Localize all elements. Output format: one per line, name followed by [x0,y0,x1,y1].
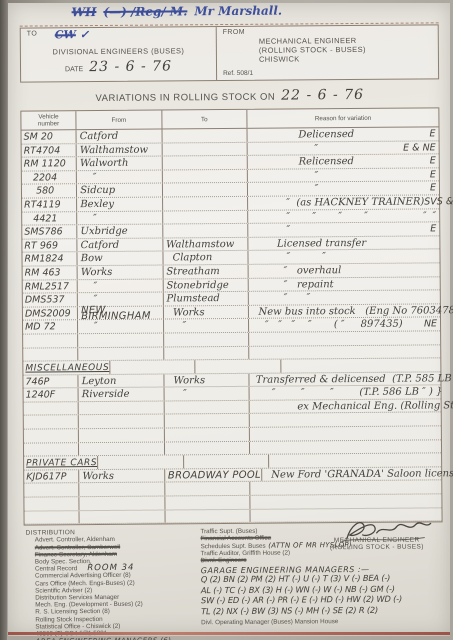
variations-table: Vehiclenumber From To Reason for variati… [20,107,442,525]
from-cell-value [97,456,183,469]
to-cell-value [163,401,249,414]
to-cell-value [195,360,281,373]
status-code: E [429,127,435,140]
vehicle-number-cell: SMS786 [22,225,76,238]
vehicle-number-cell: 746P [23,375,77,388]
from-cell-value: Riverside [78,388,164,401]
to-cell-value [161,142,247,155]
from-cell-value [109,360,195,373]
to-cell-value [163,346,249,359]
date-label: DATE [65,66,83,73]
reason-cell: ″ ″ ″ ″ ( ″ 897435)NE [248,318,440,332]
footer: DISTRIBUTION Advert. Controller, Aldenha… [24,527,444,640]
reason-text: ″ ″ [252,250,437,264]
page-content: WH(—) /Reg/ M.Mr Marshall. TO CW✓ DIVISI… [6,1,453,637]
from-cell-value: ″ [77,320,163,333]
scanned-document: WH(—) /Reg/ M.Mr Marshall. TO CW✓ DIVISI… [0,0,453,640]
reason-text: ″ ″ ″ (T.P. 586 LB ″ ) } [253,386,443,400]
from-cell-value: Walthamstow [76,143,162,156]
vehicle-number-cell: RM1824 [22,253,76,266]
to-cell-value [164,482,250,495]
recipient-line-text: Divnl. Engineers [201,557,247,564]
reason-text: ″ [251,168,430,182]
to-cell-value [162,170,248,183]
reason-cell: RelicensedE [247,155,439,169]
vehicle-number-cell [23,348,77,361]
from-cell-value: Leyton [78,374,164,387]
vehicle-number-cell [24,402,78,415]
to-scribble: CW✓ [55,28,93,41]
garage-codes: Q (2) BN (2) PM (2) HT (-) U (-) T (3) V… [201,573,444,617]
reason-cell: ″ ″ [248,250,440,264]
reason-cell [249,413,441,427]
vehicle-number-cell: MISCELLANEOUS [23,361,109,374]
to-cell: TO CW✓ DIVISIONAL ENGINEERS (BUSES) DATE… [21,27,217,82]
vehicle-number-cell: PRIVATE CARS [24,456,97,469]
status-code: NE [424,318,437,331]
from-cell-value [79,497,165,510]
to-cell-value [164,442,250,455]
reason-text: ″ repaint [252,277,437,291]
vehicle-number-cell: 1240F [24,388,78,401]
reason-cell [280,358,440,372]
reason-text: ″ [251,141,403,155]
vehicle-number-cell [24,484,78,497]
from-cell-value: Walworth [76,157,162,170]
to-cell-value: Stonebridge [162,278,248,291]
variations-table-body: SM 20Catford DelicensedERT4704Walthamsto… [22,127,442,524]
reason-text: Relicensed [251,155,430,169]
title-text: VARIATIONS IN ROLLING STOCK ON [95,92,275,104]
from-line: CHISWICK [259,53,432,63]
reason-text: New bus into stock (Eng No 7603478) [252,304,453,318]
signatory-subtitle: (ROLLING STOCK - BUSES) [311,544,443,552]
vehicle-number-cell: RT4704 [22,144,76,157]
vehicle-number-cell: SM 20 [22,130,76,143]
from-cell-value: ″ [76,170,162,183]
reason-text: ″ ″ ″ ″ [251,209,423,223]
status-code: E [430,168,436,181]
from-cell-value: Bexley [76,197,162,210]
column-header-reason: Reason for variation [247,108,439,128]
from-cell-value [78,429,164,442]
distribution-line-text: Statistical Office - Chiswick (2) [35,623,120,631]
reason-cell [248,331,440,345]
to-cell-value: ″ [163,319,249,332]
reason-cell: ″ overhaul [248,263,440,277]
reason-text: New Ford 'GRANADA' Saloon licensed [265,467,453,481]
from-cell-value [78,401,164,414]
to-cell-value: Clapton [162,251,248,264]
handwritten-scribble: ✓ [80,28,89,41]
reason-cell [248,345,440,359]
distribution-lines: Advert. Controller, AldenhamAdvert. Cont… [26,536,197,638]
reason-cell: Licensed transfer [248,236,440,250]
scan-bottom-edge [8,632,450,635]
distribution-line-text: Central Record [35,565,77,572]
from-cell-value: Works [77,265,163,278]
from-cell-value: Bow [77,252,163,265]
reason-cell: ″ (as HACKNEY TRAINER)SVS & NE [247,195,453,209]
vehicle-number-cell: RM 463 [23,266,77,279]
vehicle-number-cell [24,497,78,510]
from-cell-value [77,333,163,346]
to-cell-value: Works [163,374,249,387]
from-cell-value: ″ [77,293,163,306]
vehicle-number-cell: KJD617P [24,470,78,483]
from-address: MECHANICAL ENGINEER (ROLLING STOCK - BUS… [259,35,432,63]
vehicle-number-cell [24,443,78,456]
to-cell-value [183,455,269,468]
distribution-line-text: Finance Secretary, Aldenham [35,551,117,559]
reason-cell: ″E [247,182,439,196]
vehicle-number-cell [24,416,78,429]
from-cell-value [78,415,164,428]
handwritten-scribble: (—) /Reg/ M. [103,4,187,19]
handwritten-scribble: Mr Marshall. [194,4,282,19]
to-cell-value: Works [163,306,249,319]
reason-cell: ″ ″ ″ (T.P. 586 LB ″ ) } [249,386,446,400]
reason-cell [268,454,441,468]
vehicle-number-cell: MD 72 [23,321,77,334]
status-code: ″ ″ [423,209,436,222]
reason-cell: ″ repaint [248,277,440,291]
reason-text: ″ overhaul [252,263,437,277]
reason-cell: ″E [247,223,439,237]
to-cell-value [164,509,250,522]
to-cell-value: Walthamstow [162,238,248,251]
to-cell-value [163,414,249,427]
reason-cell [249,481,441,495]
reason-text: Transferred & delicensed (T.P. 585 LB of… [253,372,453,386]
status-code: E [430,155,436,168]
header-box: TO CW✓ DIVISIONAL ENGINEERS (BUSES) DATE… [20,24,439,82]
from-cell-value: Works [78,469,164,482]
ref-number: Ref. 508/1 [223,68,432,78]
date-row: DATE23 - 6 - 76 [27,58,210,75]
date-value-handwritten: 23 - 6 - 76 [89,58,172,75]
distribution-list: DISTRIBUTION Advert. Controller, Aldenha… [24,528,197,640]
reason-text: ex Mechanical Eng. (Rolling Stock - Buse… [253,398,453,413]
reason-text: ″ [251,223,430,237]
bottom-note: Divl. Operating Manager (Buses) Mansion … [201,618,443,627]
reason-cell: Transferred & delicensed (T.P. 585 LB of… [249,372,453,386]
column-header-vehicle: Vehiclenumber [21,111,75,129]
from-cell-value: Sidcup [76,184,162,197]
section-label: MISCELLANEOUS [25,363,109,374]
vehicle-number-cell: RM 1120 [22,157,76,170]
reason-cell: DelicensedE [247,127,439,141]
reason-cell [249,426,441,440]
vehicle-number-cell: RML2517 [23,280,77,293]
reason-cell: New Ford 'GRANADA' Saloon licensed [261,467,453,481]
garage-code-line: TL (2) NX (-) BW (3) NS (-) MH (-) SE (2… [201,604,443,616]
from-cell-value: ″ [77,279,163,292]
reason-text: ″ [251,182,430,196]
page-title: VARIATIONS IN ROLLING STOCK ON22 - 6 - 7… [20,86,439,105]
status-code: E & NE [403,141,436,154]
to-cell-value [161,129,247,142]
to-cell-value [162,197,248,210]
to-name: DIVISIONAL ENGINEERS (BUSES) [27,46,210,56]
from-cell-value: Catford [76,130,162,143]
reason-cell [250,494,442,508]
title-date-handwritten: 22 - 6 - 76 [281,87,364,104]
to-cell-value [164,496,250,509]
reason-cell: ″E [247,168,439,182]
to-cell-value [162,224,248,237]
to-cell-value: ″ [163,387,249,400]
to-cell-value [164,428,250,441]
reason-text: ″ (as HACKNEY TRAINER) [251,195,424,209]
top-handwritten-annotation: WH(—) /Reg/ M.Mr Marshall. [20,2,439,26]
vehicle-number-cell: RT4119 [22,198,76,211]
handwritten-scribble: CW [55,28,76,41]
vehicle-number-cell: RT 969 [22,239,76,252]
to-cell-value [163,333,249,346]
recipient-line: Divnl. Engineers [201,555,443,564]
reason-text: ″ ″ [252,290,437,304]
paper-page: WH(—) /Reg/ M.Mr Marshall. TO CW✓ DIVISI… [8,3,450,636]
column-header-to: To [161,110,247,129]
from-cell-value: NEW BIRMINGHAM [77,306,163,319]
to-cell-value [162,210,248,223]
to-cell-value [162,183,248,196]
reason-text: Delicensed [251,127,430,141]
vehicle-number-cell [23,334,77,347]
to-cell-value: Streatham [162,265,248,278]
from-cell-value: Uxbridge [76,225,162,238]
reason-cell: ″ ″ ″ ″″ ″ [247,209,439,223]
from-cell-value: ″ [76,211,162,224]
from-cell-value [79,510,165,523]
from-cell-value [78,442,164,455]
reason-text: Licensed transfer [252,236,437,250]
from-cell-value [77,347,163,360]
column-header-from: From [76,111,162,130]
vehicle-number-cell: 4421 [22,212,76,225]
vehicle-number-cell [24,511,78,524]
reason-cell: ″ ″ [248,290,440,304]
vehicle-number-cell: 580 [22,185,76,198]
status-code: E [430,182,436,195]
section-label: PRIVATE CARS [26,458,97,469]
from-cell-value [78,483,164,496]
recipient-line-text: Traffic Auditor, Griffith House (2) [201,549,291,557]
vehicle-number-cell: DMS537 [23,293,77,306]
status-code: E [430,223,436,236]
from-cell-value: Catford [77,238,163,251]
vehicle-number-cell [24,429,78,442]
from-cell: FROM MECHANICAL ENGINEER (ROLLING STOCK … [217,25,438,80]
to-cell-value [161,156,247,169]
vehicle-number-cell: 2204 [22,171,76,184]
reason-cell: ″E & NE [247,141,439,155]
reason-cell [249,440,441,454]
signature-block: MECHANICAL ENGINEER (ROLLING STOCK - BUS… [311,517,443,552]
to-cell-value: BROADWAY POOL [164,469,261,482]
reason-cell: New bus into stock (Eng No 7603478)NE [248,304,453,318]
vehicle-number-cell: DMS2009 [23,307,77,320]
reason-text: ″ ″ ″ ″ ( ″ 897435) [252,318,424,332]
handwritten-scribble: WH [72,5,97,19]
status-code: SVS & NE [424,195,453,208]
reason-cell: ex Mechanical Eng. (Rolling Stock - Buse… [249,398,453,413]
to-cell-value: Plumstead [162,292,248,305]
